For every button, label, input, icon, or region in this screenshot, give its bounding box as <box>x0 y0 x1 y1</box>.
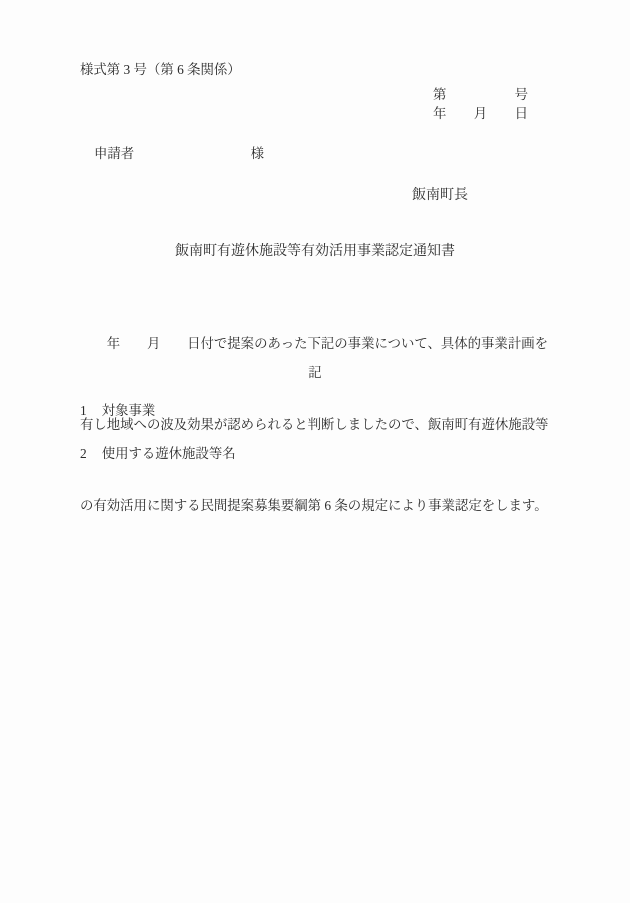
item-label: 使用する遊休施設等名 <box>102 446 236 462</box>
body-paragraph: 年 月 日付で提案のあった下記の事業について、具体的事業計画を 有し地域への波及… <box>80 276 552 573</box>
applicant-line: 申請者 様 <box>94 146 264 162</box>
issuer-name: 飯南町長 <box>412 188 468 205</box>
record-item: 2 使用する遊休施設等名 <box>80 446 236 462</box>
date-year-label: 年 <box>433 106 446 122</box>
form-number-label: 様式第 3 号（第 6 条関係） <box>80 62 241 78</box>
doc-number-suffix: 号 <box>515 87 528 103</box>
item-number: 1 <box>80 403 87 419</box>
record-item: 1 対象事業 <box>80 403 155 419</box>
document-title: 飯南町有遊休施設等有効活用事業認定通知書 <box>0 244 630 261</box>
applicant-honorific: 様 <box>251 146 264 162</box>
date-month-label: 月 <box>474 106 487 122</box>
doc-number-prefix: 第 <box>433 87 446 103</box>
body-line: 年 月 日付で提案のあった下記の事業について、具体的事業計画を <box>80 330 552 357</box>
item-label: 対象事業 <box>102 403 156 419</box>
body-line: の有効活用に関する民間提案募集要綱第 6 条の規定により事業認定をします。 <box>80 492 552 519</box>
date-line: 年 月 日 <box>433 106 528 122</box>
document-number-line: 第 号 <box>433 87 528 103</box>
document-page: 様式第 3 号（第 6 条関係） 第 号 年 月 日 申請者 様 飯南町長 飯南… <box>0 0 630 903</box>
applicant-label: 申請者 <box>94 146 134 162</box>
record-marker: 記 <box>0 365 630 381</box>
date-day-label: 日 <box>515 106 528 122</box>
item-number: 2 <box>80 446 87 462</box>
